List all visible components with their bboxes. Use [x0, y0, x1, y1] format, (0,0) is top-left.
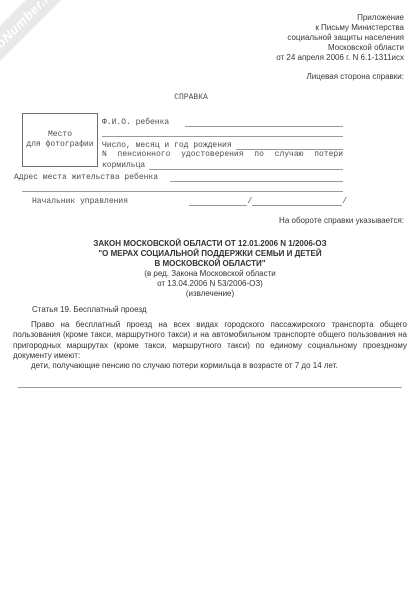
article-beneficiaries: дети, получающие пенсию по случаю потери… [13, 361, 407, 371]
signature-blank-line [189, 196, 247, 206]
address-blank-line-2 [22, 191, 343, 192]
article-heading: Статья 19. Бесплатный проезд [32, 305, 147, 314]
pension-cert-row: N пенсионного удостоверения по случаю по… [102, 150, 343, 160]
header-line: к Письму Министерства [276, 23, 404, 33]
law-title-line: В МОСКОВСКОЙ ОБЛАСТИ" [0, 259, 420, 269]
law-edition-line: (в ред. Закона Московской области [0, 269, 420, 279]
birth-date-label: Число, месяц и год рождения [102, 141, 232, 150]
certificate-title: СПРАВКА [0, 93, 382, 102]
photo-placeholder-box: Место для фотографии [22, 113, 98, 167]
pension-cert-blank-line [149, 160, 343, 170]
header-line: Московской области [276, 43, 404, 53]
address-label: Адрес места жительства ребенка [14, 173, 158, 182]
birth-date-blank-line [236, 140, 343, 150]
child-name-blank-line [185, 117, 343, 127]
child-name-continuation-row [102, 127, 343, 137]
law-title-line: ЗАКОН МОСКОВСКОЙ ОБЛАСТИ ОТ 12.01.2006 N… [0, 239, 420, 249]
address-blank-line [170, 172, 343, 182]
article-body: Право на бесплатный проезд на всех видах… [13, 320, 407, 371]
header-line: от 24 апреля 2006 г. N 6.1-1311исх [276, 53, 404, 63]
signature-name-blank-line [252, 196, 342, 206]
signature-slash-2: / [342, 197, 347, 206]
law-title-line: "О МЕРАХ СОЦИАЛЬНОЙ ПОДДЕРЖКИ СЕМЬИ И ДЕ… [0, 249, 420, 259]
photo-box-label-line2: для фотографии [26, 140, 93, 150]
header-line: социальной защиты населения [276, 33, 404, 43]
document-page: NoNumber.ru Приложение к Письму Министер… [0, 0, 420, 600]
header-line: Приложение [276, 13, 404, 23]
front-side-note: Лицевая сторона справки: [306, 72, 404, 81]
signature-label: Начальник управления [32, 197, 128, 206]
appendix-header: Приложение к Письму Министерства социаль… [276, 13, 404, 63]
law-edition-line: от 13.04.2006 N 53/2006-ОЗ) [0, 279, 420, 289]
law-edition-line: (извлечение) [0, 289, 420, 299]
child-name-row: Ф.И.О. ребенка [102, 117, 343, 127]
photo-box-label-line1: Место [48, 130, 72, 140]
birth-date-row: Число, месяц и год рождения [102, 140, 343, 150]
pension-cert-row-2: кормильца [102, 160, 343, 170]
child-name-label: Ф.И.О. ребенка [102, 118, 169, 127]
pension-cert-label-2: кормильца [102, 161, 145, 170]
watermark-text: NoNumber.ru [0, 0, 58, 58]
address-row: Адрес места жительства ребенка [14, 172, 343, 182]
watermark-ribbon: NoNumber.ru [0, 0, 80, 80]
certificate-form: Ф.И.О. ребенка Число, месяц и год рожден… [102, 117, 343, 170]
law-title: ЗАКОН МОСКОВСКОЙ ОБЛАСТИ ОТ 12.01.2006 N… [0, 239, 420, 269]
article-paragraph: Право на бесплатный проезд на всех видах… [13, 320, 407, 361]
reverse-side-note: На обороте справки указывается: [279, 216, 404, 225]
signature-row: Начальник управления / / [32, 196, 347, 206]
law-edition-note: (в ред. Закона Московской области от 13.… [0, 269, 420, 299]
bottom-divider [18, 387, 402, 388]
child-name-blank-line-2 [102, 127, 343, 137]
